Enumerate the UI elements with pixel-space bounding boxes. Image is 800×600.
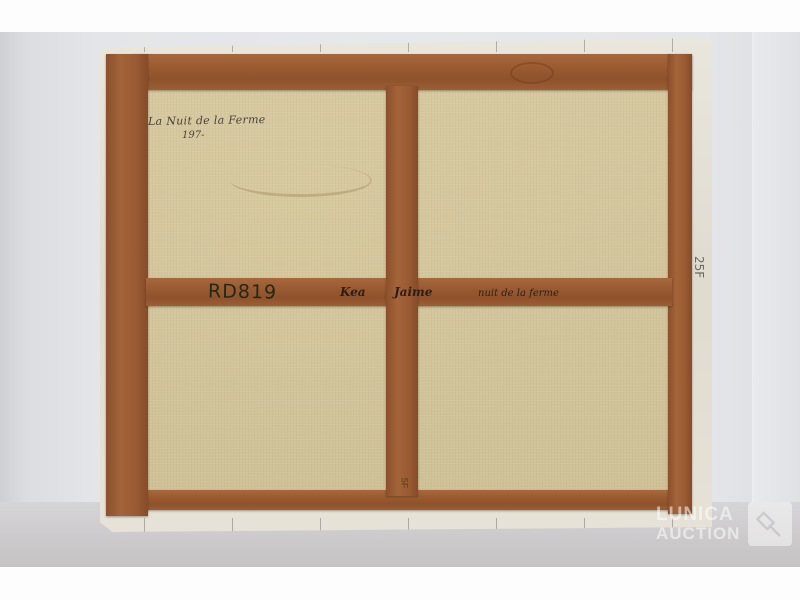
handwritten-note: nuit de la ferme: [478, 288, 559, 299]
canvas-stain: [230, 164, 372, 197]
wood-knot: [510, 62, 554, 84]
wall-shadow: [0, 32, 24, 567]
watermark-text: LUNICA AUCTION: [656, 505, 740, 543]
signature-scribble: Kea: [340, 285, 366, 299]
gavel-icon: [748, 502, 792, 546]
watermark-line2: AUCTION: [656, 524, 740, 543]
canvas-size-mark: 25F: [692, 256, 706, 278]
product-photo: La Nuit de la Ferme 197- RD819 Kea Jaime…: [0, 32, 800, 567]
stretcher-bar-top: [132, 54, 692, 90]
signature-scribble: Jaime: [394, 285, 432, 299]
stretcher-bar-left: [106, 54, 148, 516]
watermark-line1: LUNICA: [656, 505, 740, 524]
page: La Nuit de la Ferme 197- RD819 Kea Jaime…: [0, 0, 800, 600]
handwritten-title: La Nuit de la Ferme: [148, 113, 266, 128]
stretcher-size-mark: 5F: [399, 478, 409, 489]
wall-edge: [752, 32, 800, 567]
auction-watermark: LUNICA AUCTION: [656, 502, 792, 546]
lot-number: RD819: [208, 280, 277, 303]
handwritten-year: 197-: [182, 130, 204, 141]
